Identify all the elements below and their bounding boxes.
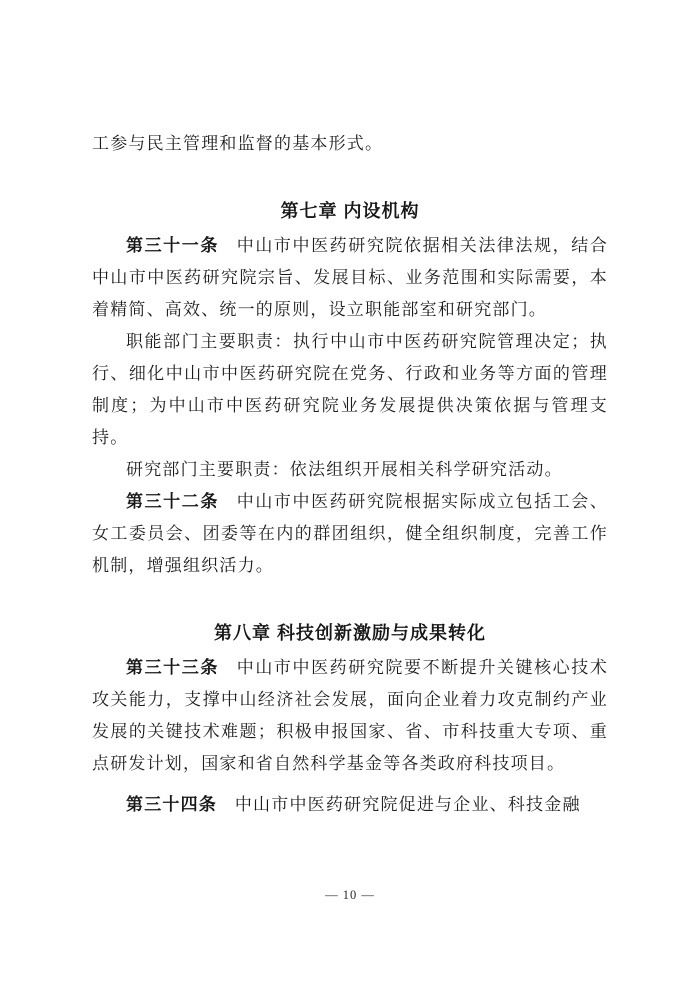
- article-33: 第三十三条中山市中医药研究院要不断提升关键核心技术攻关能力，支撑中山经济社会发展…: [92, 652, 608, 780]
- article-32-label: 第三十二条: [126, 492, 237, 511]
- chapter-heading-7: 第七章 内设机构: [92, 195, 608, 227]
- article-32: 第三十二条中山市中医药研究院根据实际成立包括工会、女工委员会、团委等在内的群团组…: [92, 486, 608, 582]
- paragraph-research-duties: 研究部门主要职责：依法组织开展相关科学研究活动。: [92, 454, 608, 486]
- document-page: 工参与民主管理和监督的基本形式。 第七章 内设机构 第三十一条中山市中医药研究院…: [0, 0, 700, 989]
- article-31: 第三十一条中山市中医药研究院依据相关法律法规，结合中山市中医药研究院宗旨、发展目…: [92, 230, 608, 326]
- article-34-text: 中山市中医药研究院促进与企业、科技金融: [235, 795, 581, 814]
- paragraph-functional-duties: 职能部门主要职责：执行中山市中医药研究院管理决定；执行、细化中山市中医药研究院在…: [92, 326, 608, 454]
- page-number: — 10 —: [0, 888, 700, 903]
- article-34: 第三十四条中山市中医药研究院促进与企业、科技金融: [92, 789, 608, 821]
- paragraph-continuation: 工参与民主管理和监督的基本形式。: [92, 128, 608, 160]
- chapter-heading-8: 第八章 科技创新激励与成果转化: [92, 617, 608, 649]
- document-body: 工参与民主管理和监督的基本形式。 第七章 内设机构 第三十一条中山市中医药研究院…: [92, 128, 608, 821]
- article-33-label: 第三十三条: [126, 658, 237, 677]
- article-34-label: 第三十四条: [126, 795, 235, 814]
- article-31-label: 第三十一条: [126, 236, 237, 255]
